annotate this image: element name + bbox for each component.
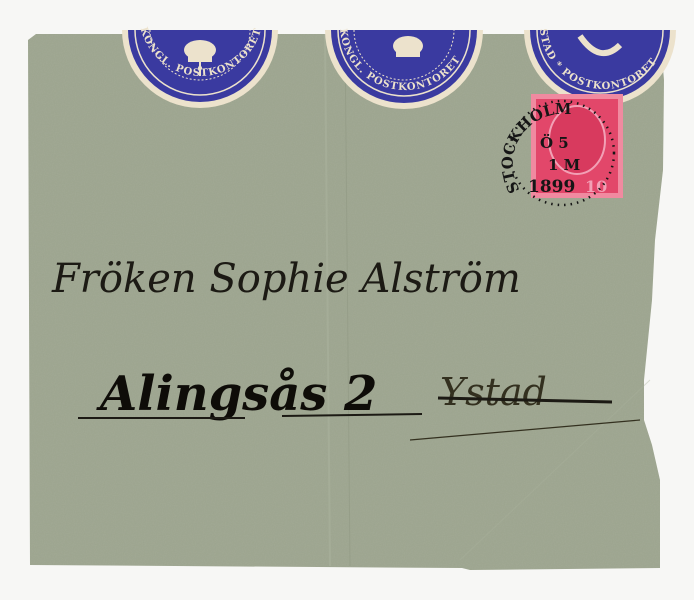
postmark-line2: 1 M bbox=[548, 156, 580, 174]
postmark-line1: Ö 5 bbox=[540, 133, 569, 152]
address-recipient: Fröken Sophie Alström bbox=[51, 256, 521, 302]
address-destination: Alingsås 2 bbox=[96, 366, 377, 422]
address-struck-text: Ystad bbox=[440, 370, 547, 414]
stamp-value: 10 bbox=[585, 177, 607, 196]
envelope-photo: KONGL. POSTKONTORET KONGL. POSTKONTORET … bbox=[0, 0, 694, 600]
postmark-year: 1899 bbox=[528, 177, 575, 197]
crown-icon bbox=[393, 36, 423, 57]
